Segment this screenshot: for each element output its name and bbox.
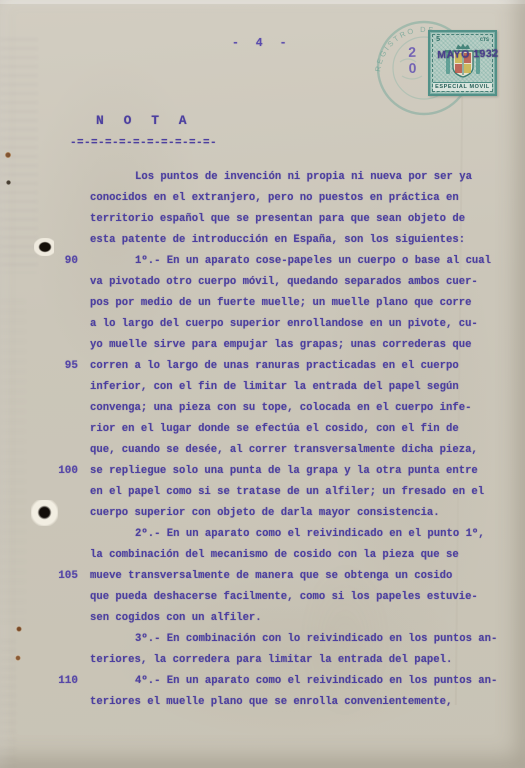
margin-line-number: 110 — [38, 671, 78, 692]
text-line: 3º.- En combinación con lo reivindicado … — [90, 629, 490, 650]
margin-line-number: 105 — [38, 566, 78, 587]
paper-spot — [16, 626, 22, 632]
text-line: territorio español que se presentan para… — [90, 209, 490, 230]
text-line: 2º.- En un aparato como el reivindicado … — [90, 524, 490, 545]
text-line: yo muelle sirve para empujar las grapas;… — [90, 335, 490, 356]
paper-hole — [31, 500, 58, 526]
text-line: que pueda deshacerse facilmente, como si… — [90, 587, 490, 608]
margin-line-number: 100 — [38, 461, 78, 482]
fiscal-stamp-frame: 5 CTS — [432, 34, 493, 92]
text-line: rior en el lugar donde se efectúa el cos… — [90, 419, 490, 440]
text-line: que, cuando se desée, al correr transver… — [90, 440, 490, 461]
fiscal-stamp: 5 CTS — [428, 30, 497, 96]
paper-spot — [5, 152, 11, 158]
text-line: teriores, la corredera para limitar la e… — [90, 650, 490, 671]
text-line: conocidos en el extranjero, pero no pues… — [90, 188, 490, 209]
text-line: en el papel como si se tratase de un alf… — [90, 482, 490, 503]
date-stamp-day: 2 0 — [408, 44, 421, 76]
text-line: pos por medio de un fuerte muelle; un mu… — [90, 293, 490, 314]
nota-underline: -=-=-=-=-=-=-=-=-=-=- — [70, 137, 217, 149]
text-line: corren a lo largo de unas ranuras practi… — [90, 356, 490, 377]
date-stamp-month-year: MAYO 1932 — [437, 48, 499, 62]
paper-spot — [15, 655, 21, 661]
text-line: inferior, con el fin de limitar la entra… — [90, 377, 490, 398]
text-line: se repliegue solo una punta de la grapa … — [90, 461, 490, 482]
text-line: Los puntos de invención ni propia ni nue… — [90, 167, 490, 188]
page-number: - 4 - — [232, 37, 292, 50]
text-line: convenga; una pieza con su tope, colocad… — [90, 398, 490, 419]
bleed-through-smudge — [0, 640, 16, 768]
text-line: cuerpo superior con objeto de darla mayo… — [90, 503, 490, 524]
margin-line-number: 95 — [38, 356, 78, 377]
text-line: mueve transversalmente de manera que se … — [90, 566, 490, 587]
stamp-bottom-label: ESPECIAL MOVIL — [433, 82, 492, 91]
text-line: 1º.- En un aparato cose-papeles un cuerp… — [90, 251, 490, 272]
nota-heading: N O T A — [96, 113, 193, 128]
text-line: a lo largo del cuerpo superior enrolland… — [90, 314, 490, 335]
paper-edge — [0, 0, 525, 4]
text-line: la combinación del mecanismo de cosido c… — [90, 545, 490, 566]
body-text: Los puntos de invención ni propia ni nue… — [90, 167, 490, 713]
text-line: teriores el muelle plano que se enrolla … — [90, 692, 490, 713]
stamp-value-left: 5 — [436, 36, 440, 44]
paper-spot — [6, 180, 11, 185]
text-line: va pivotado otro cuerpo móvil, quedando … — [90, 272, 490, 293]
text-line: 4º.- En un aparato como el reivindicado … — [90, 671, 490, 692]
document-page: - 4 - REGISTRO DE LA 5 CTS — [0, 0, 525, 768]
bleed-through-smudge — [0, 300, 26, 630]
text-line: sen cogidos con un alfiler. — [90, 608, 490, 629]
text-line: esta patente de introducción en España, … — [90, 230, 490, 251]
margin-line-number: 90 — [38, 251, 78, 272]
